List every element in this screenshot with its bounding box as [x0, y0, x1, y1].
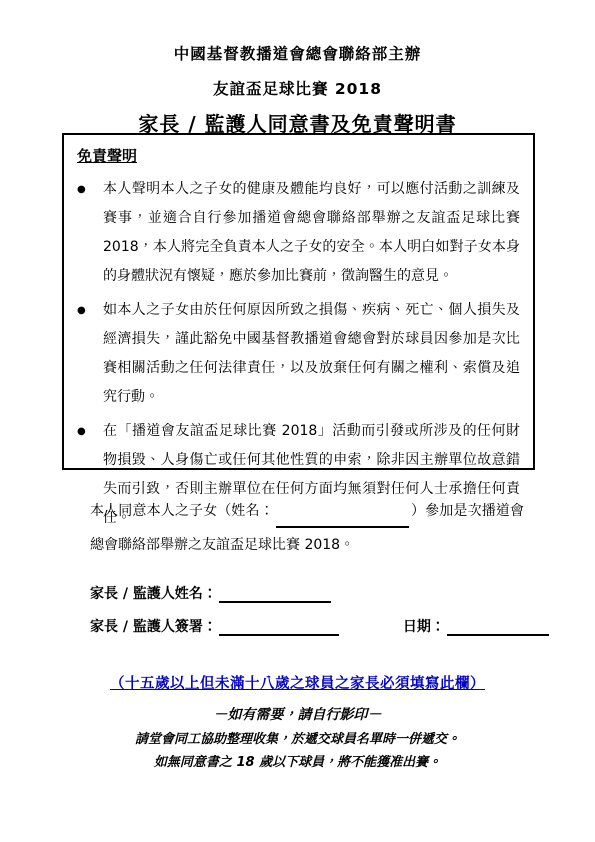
guardian-signature-row: 家長 / 監護人簽署：日期：	[90, 616, 551, 636]
consent-text-before: 本人同意本人之子女（姓名：	[90, 503, 274, 519]
date-field[interactable]	[447, 619, 549, 636]
age-requirement-notice: （十五歲以上但未滿十八歲之球員之家長必須填寫此欄）	[0, 672, 595, 693]
bullet-icon: ●	[77, 175, 103, 291]
child-name-field[interactable]	[276, 511, 409, 528]
guardian-signature-label: 家長 / 監護人簽署：	[90, 619, 217, 635]
disclaimer-heading: 免責聲明	[77, 145, 137, 166]
disclaimer-text: 如本人之子女由於任何原因所致之損傷、疾病、死亡、個人損失及經濟損失，謹此豁免中國…	[103, 296, 520, 412]
guardian-signature-field[interactable]	[219, 619, 339, 636]
consent-paragraph: 本人同意本人之子女（姓名：）參加是次播道會總會聯絡部舉辦之友誼盃足球比賽 201…	[90, 494, 524, 562]
guardian-name-field[interactable]	[219, 586, 331, 603]
organizer-line: 中國基督教播道會總會聯絡部主辦	[0, 42, 595, 64]
consent-form-page: 中國基督教播道會總會聯絡部主辦 友誼盃足球比賽 2018 家長 / 監護人同意書…	[0, 0, 595, 842]
guardian-name-label: 家長 / 監護人姓名：	[90, 586, 217, 602]
photocopy-note: －如有需要，請自行影印－	[0, 704, 595, 724]
disclaimer-item: ● 如本人之子女由於任何原因所致之損傷、疾病、死亡、個人損失及經濟損失，謹此豁免…	[77, 296, 520, 412]
event-line: 友誼盃足球比賽 2018	[0, 77, 595, 99]
no-consent-warning: 如無同意書之 18 歲以下球員，將不能獲准出賽。	[0, 751, 595, 770]
collection-note: 請堂會同工協助整理收集，於遞交球員名單時一併遞交。	[0, 728, 595, 747]
guardian-name-row: 家長 / 監護人姓名：	[90, 583, 333, 603]
disclaimer-text: 本人聲明本人之子女的健康及體能均良好，可以應付活動之訓練及賽事，並適合自行參加播…	[103, 175, 520, 291]
document-header: 中國基督教播道會總會聯絡部主辦 友誼盃足球比賽 2018 家長 / 監護人同意書…	[0, 42, 595, 137]
bullet-icon: ●	[77, 296, 103, 412]
disclaimer-box: 免責聲明 ● 本人聲明本人之子女的健康及體能均良好，可以應付活動之訓練及賽事，並…	[62, 133, 535, 470]
date-label: 日期：	[403, 619, 445, 635]
disclaimer-item: ● 本人聲明本人之子女的健康及體能均良好，可以應付活動之訓練及賽事，並適合自行參…	[77, 175, 520, 291]
